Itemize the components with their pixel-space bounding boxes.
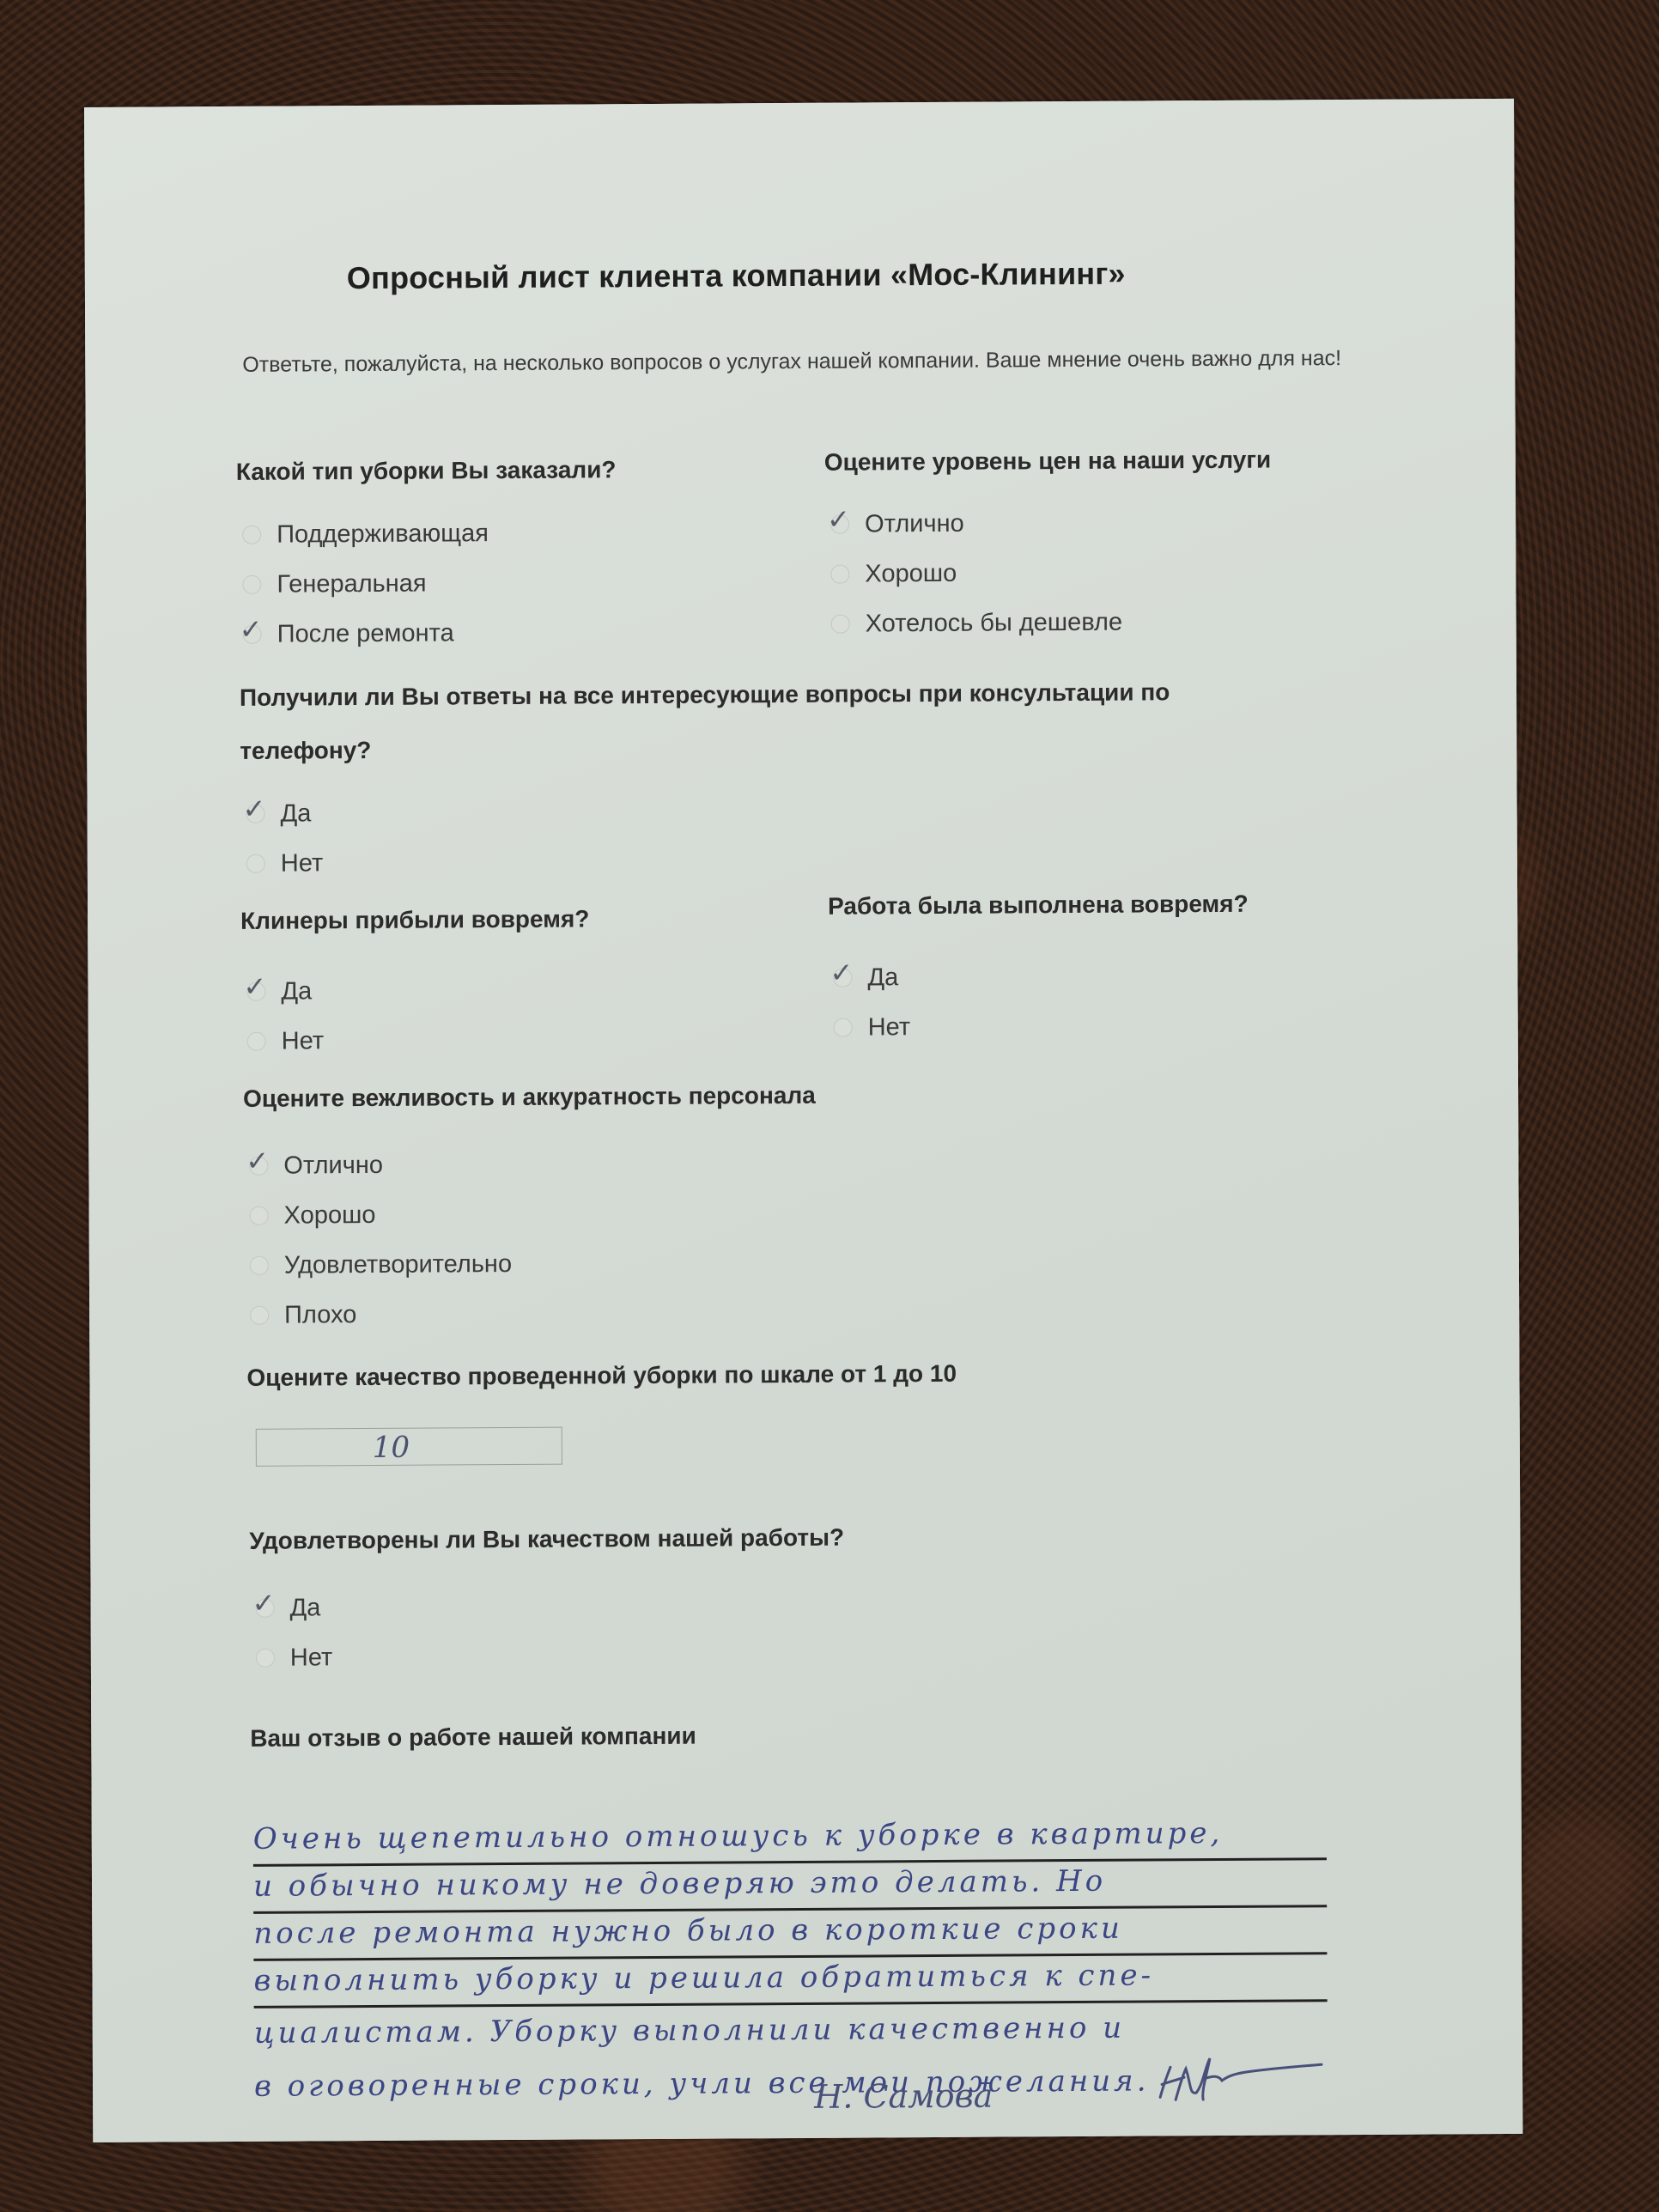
radio-option[interactable]: Плохо: [248, 1289, 512, 1340]
options-arrived-on-time: ✓ДаНет: [245, 966, 324, 1066]
question-satisfied: Удовлетворены ли Вы качеством нашей рабо…: [249, 1511, 844, 1568]
radio-option[interactable]: ✓Да: [245, 966, 324, 1017]
radio-option[interactable]: Нет: [246, 1016, 325, 1066]
review-line: Очень щепетильно отношусь к уборке в ква…: [253, 1813, 1327, 1867]
options-price-level: ✓ОтличноХорошоХотелось бы дешевле: [829, 498, 1122, 649]
radio-empty-icon[interactable]: [829, 563, 851, 586]
checkmark-icon: ✓: [246, 1145, 269, 1177]
radio-option-label: Плохо: [284, 1301, 356, 1330]
radio-circle-icon: [246, 854, 265, 873]
radio-option-label: Поддерживающая: [276, 520, 489, 550]
question-review: Ваш отзыв о работе нашей компании: [250, 1710, 696, 1765]
signature-scribble-icon: [1153, 2049, 1325, 2110]
review-line: выполнить уборку и решила обратиться к с…: [253, 1954, 1327, 2008]
radio-circle-icon: [830, 565, 849, 584]
quality-score-field[interactable]: 10: [256, 1427, 562, 1467]
radio-checked-icon[interactable]: ✓: [245, 803, 267, 825]
radio-circle-icon: [250, 1306, 269, 1325]
options-satisfied: ✓ДаНет: [254, 1583, 333, 1683]
radio-circle-icon: [242, 526, 261, 544]
radio-option-label: Хорошо: [865, 559, 957, 588]
radio-option-label: Удовлетворительно: [284, 1249, 512, 1279]
question-done-on-time: Работа была выполнена вовремя?: [828, 878, 1249, 933]
radio-option[interactable]: ✓Да: [831, 952, 910, 1003]
checkmark-icon: ✓: [829, 957, 853, 989]
checkmark-icon: ✓: [243, 970, 266, 1003]
radio-empty-icon[interactable]: [240, 524, 263, 546]
radio-option-label: Отлично: [283, 1151, 383, 1180]
radio-option[interactable]: Хорошо: [248, 1189, 512, 1241]
review-line: и обычно никому не доверяю это делать. Н…: [253, 1860, 1327, 1914]
radio-circle-icon: [834, 1018, 853, 1037]
radio-circle-icon: [250, 1206, 269, 1225]
radio-option-label: Нет: [282, 1027, 325, 1055]
radio-option[interactable]: ✓После ремонта: [241, 608, 489, 659]
options-done-on-time: ✓ДаНет: [831, 952, 910, 1053]
radio-option[interactable]: Хорошо: [829, 548, 1122, 599]
radio-option-label: Хорошо: [284, 1200, 376, 1230]
radio-option-label: После ремонта: [277, 619, 454, 648]
question-quality-score: Оцените качество проведенной уборки по ш…: [246, 1347, 957, 1405]
signature-name: Н. Самова: [814, 2077, 993, 2116]
radio-option[interactable]: Хотелось бы дешевле: [829, 598, 1123, 649]
radio-option-label: Отлично: [865, 509, 964, 538]
radio-option-label: Нет: [281, 849, 324, 878]
radio-option-label: Хотелось бы дешевле: [866, 608, 1123, 638]
radio-empty-icon[interactable]: [246, 1030, 268, 1053]
form-intro: Ответьте, пожалуйста, на несколько вопро…: [242, 336, 1358, 387]
checkmark-icon: ✓: [240, 613, 263, 646]
radio-option-label: Генеральная: [276, 569, 426, 599]
radio-empty-icon[interactable]: [248, 1255, 270, 1277]
radio-option-label: Да: [290, 1594, 321, 1622]
radio-option-label: Да: [281, 799, 312, 828]
review-line: после ремонта нужно было в короткие срок…: [253, 1907, 1327, 1961]
question-arrived-on-time: Клинеры прибыли вовремя?: [240, 892, 589, 947]
radio-option[interactable]: ✓Да: [254, 1583, 333, 1633]
radio-option[interactable]: Нет: [245, 838, 324, 889]
radio-option[interactable]: ✓Отлично: [247, 1139, 511, 1191]
radio-empty-icon[interactable]: [248, 1304, 270, 1327]
radio-circle-icon: [242, 575, 261, 594]
radio-circle-icon: [256, 1649, 275, 1668]
form-title: Опросный лист клиента компании «Мос-Клин…: [347, 256, 1126, 297]
radio-checked-icon[interactable]: ✓: [247, 1155, 270, 1177]
question-phone-consult-line1: Получили ли Вы ответы на все интересующи…: [240, 665, 1170, 725]
radio-option-label: Нет: [868, 1013, 911, 1042]
radio-option[interactable]: ✓Отлично: [829, 498, 1122, 550]
checkmark-icon: ✓: [242, 793, 265, 825]
question-cleaning-type: Какой тип уборки Вы заказали?: [236, 443, 617, 499]
question-phone-consult-line2: телефону?: [240, 719, 1170, 778]
options-politeness: ✓ОтличноХорошоУдовлетворительноПлохо: [247, 1139, 512, 1340]
question-phone-consult: Получили ли Вы ответы на все интересующи…: [240, 665, 1170, 778]
survey-sheet: Опросный лист клиента компании «Мос-Клин…: [84, 99, 1522, 2142]
radio-option-label: Нет: [290, 1644, 333, 1672]
question-politeness: Оцените вежливость и аккуратность персон…: [243, 1069, 816, 1126]
radio-option-label: Да: [281, 977, 312, 1006]
radio-checked-icon[interactable]: ✓: [831, 967, 854, 989]
radio-option[interactable]: Удовлетворительно: [248, 1239, 512, 1291]
checkmark-icon: ✓: [827, 503, 850, 536]
radio-checked-icon[interactable]: ✓: [829, 513, 851, 536]
radio-circle-icon: [250, 1256, 269, 1275]
radio-empty-icon[interactable]: [240, 574, 263, 596]
radio-option[interactable]: Поддерживающая: [240, 508, 489, 560]
radio-empty-icon[interactable]: [248, 1205, 270, 1227]
question-price-level: Оцените уровень цен на наши услуги: [824, 434, 1272, 489]
radio-circle-icon: [247, 1032, 266, 1051]
radio-empty-icon[interactable]: [254, 1647, 276, 1669]
radio-checked-icon[interactable]: ✓: [254, 1597, 276, 1619]
options-cleaning-type: ПоддерживающаяГенеральная✓После ремонта: [240, 508, 489, 659]
radio-option[interactable]: ✓Да: [244, 788, 323, 839]
radio-circle-icon: [831, 615, 850, 634]
radio-checked-icon[interactable]: ✓: [245, 981, 267, 1003]
options-phone-consult: ✓ДаНет: [244, 788, 323, 889]
radio-empty-icon[interactable]: [829, 613, 852, 635]
radio-empty-icon[interactable]: [245, 853, 267, 875]
radio-empty-icon[interactable]: [832, 1017, 854, 1039]
radio-checked-icon[interactable]: ✓: [241, 623, 264, 646]
quality-score-value: 10: [373, 1431, 410, 1465]
radio-option[interactable]: Нет: [254, 1632, 333, 1683]
radio-option[interactable]: Нет: [832, 1002, 911, 1053]
radio-option[interactable]: Генеральная: [240, 558, 489, 610]
radio-option-label: Да: [867, 963, 898, 992]
checkmark-icon: ✓: [252, 1587, 276, 1619]
